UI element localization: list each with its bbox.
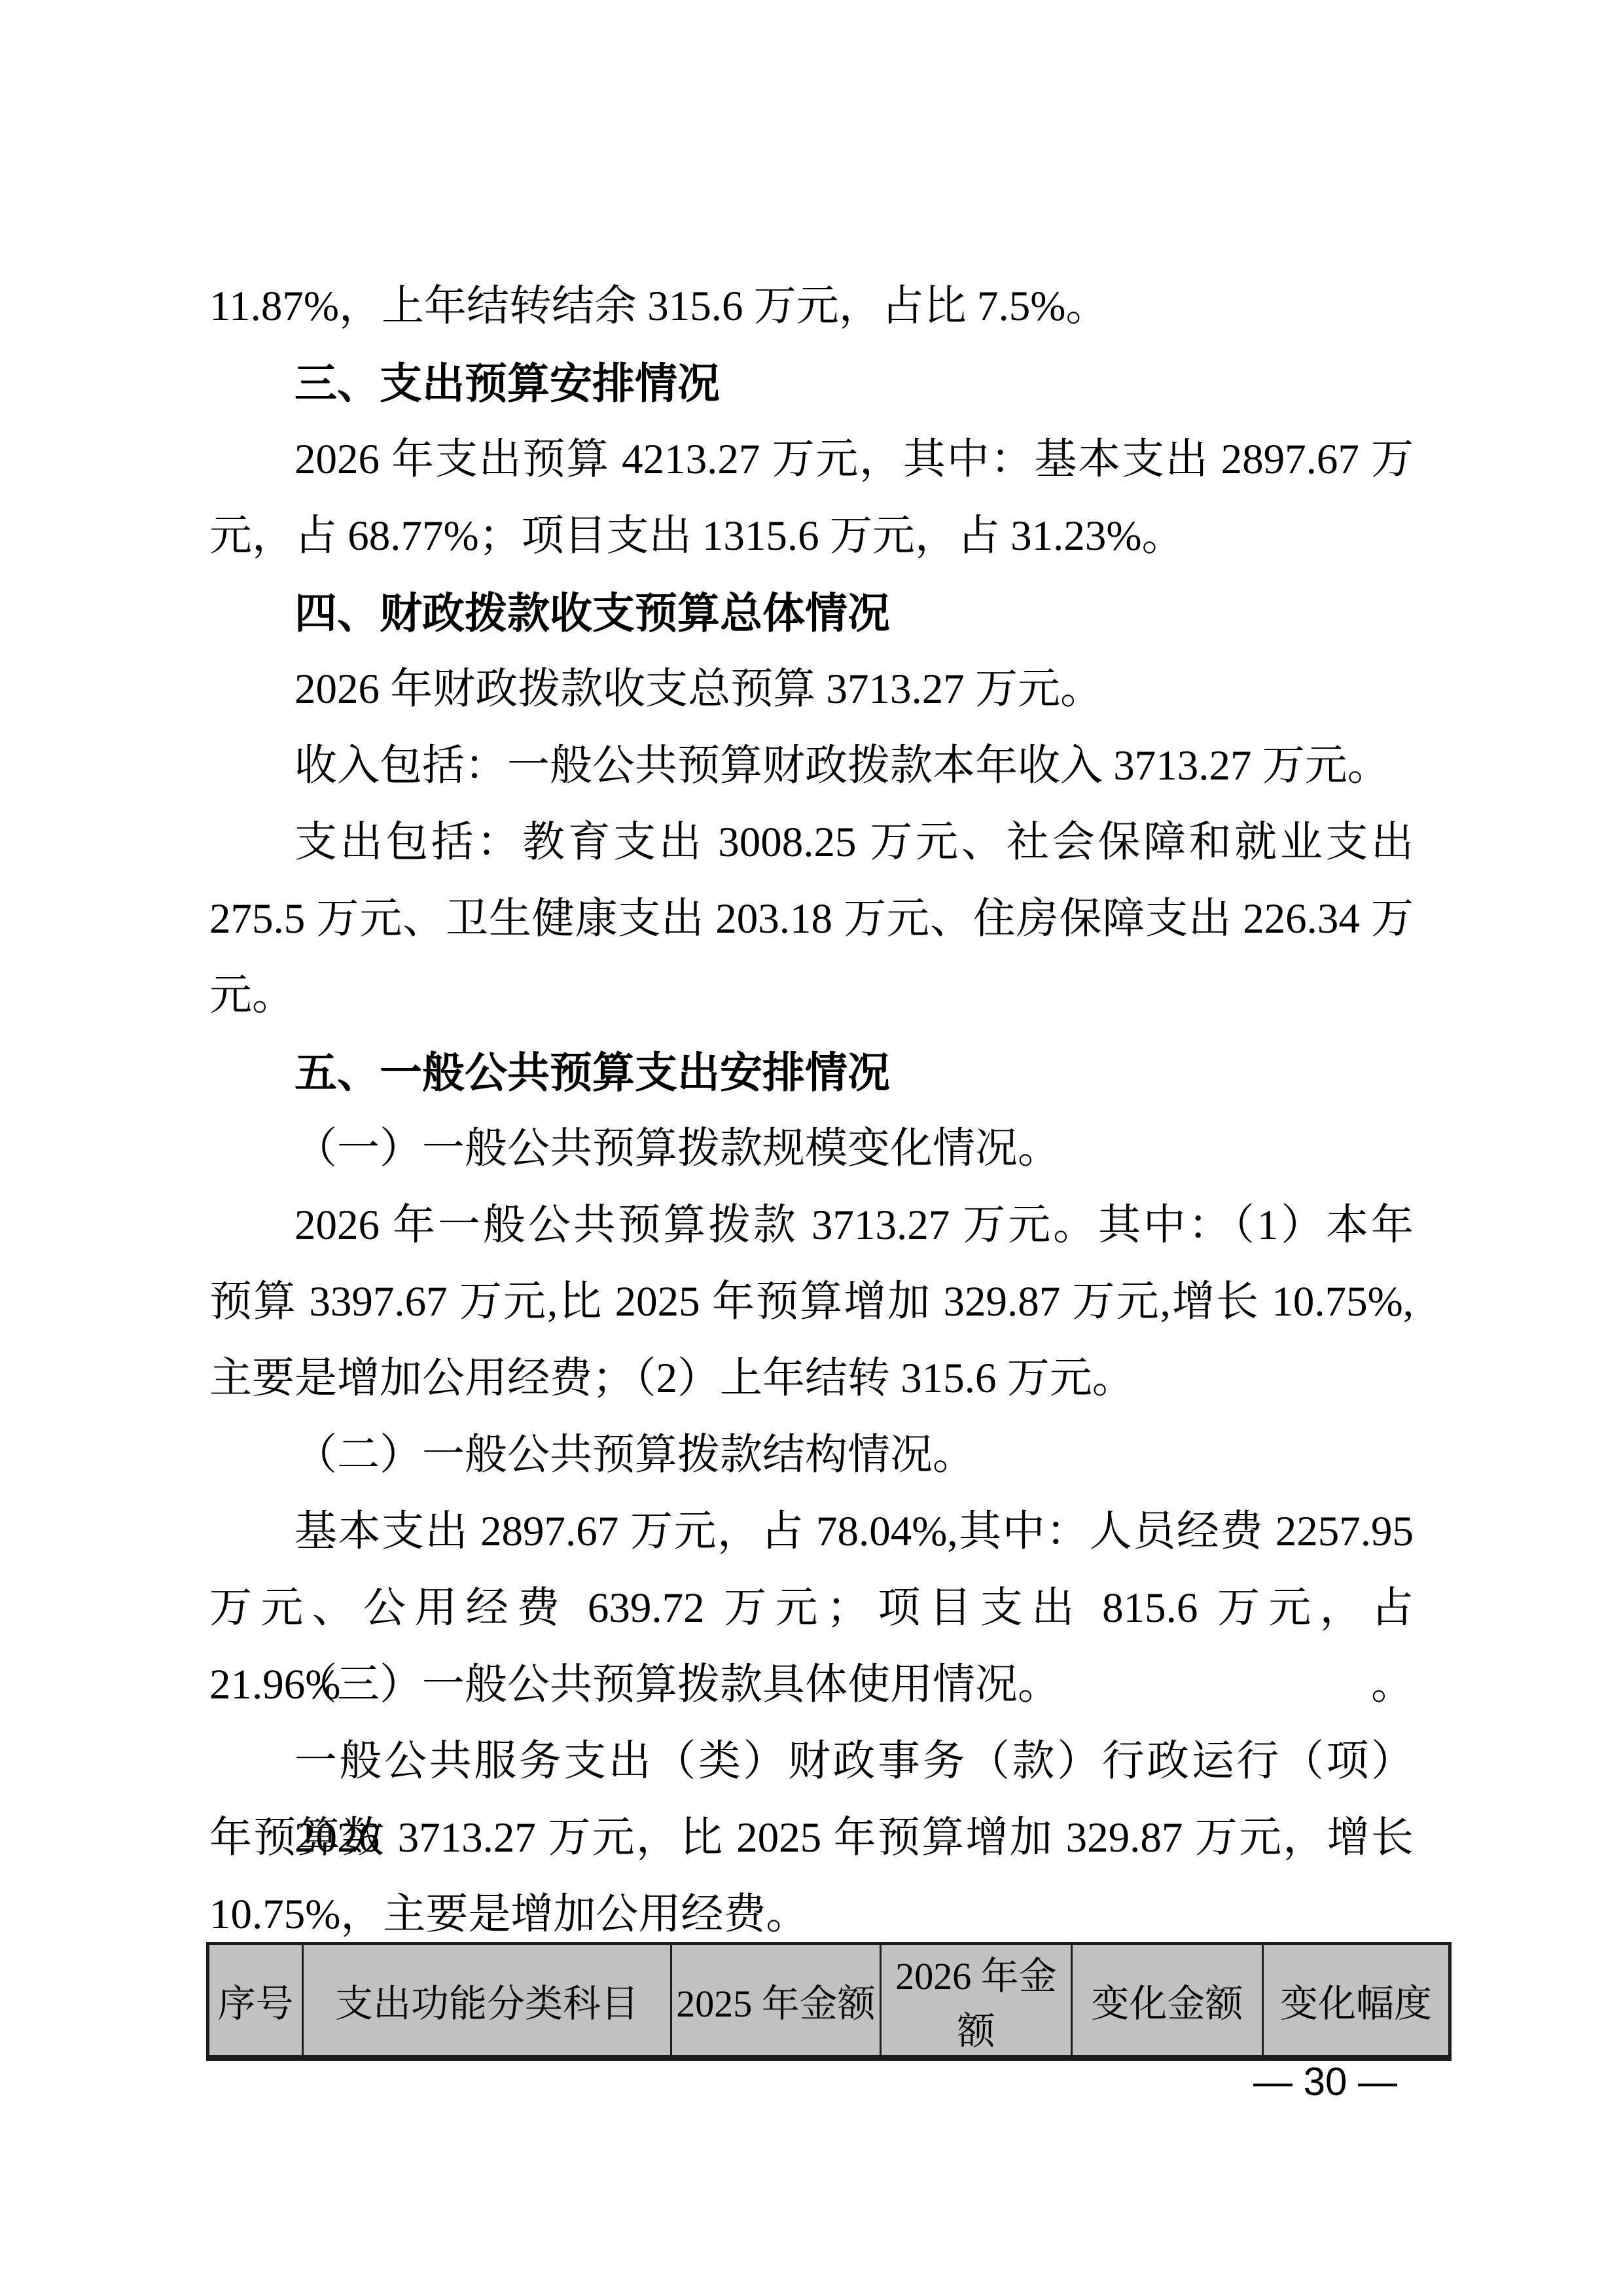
page-number: — 30 — [1194,2059,1456,2105]
text-line: 11.87%，上年结转结余 315.6 万元，占比 7.5%。 [209,268,1414,345]
text-line: 元。 [209,958,1414,1034]
section-heading: 五、一般公共预算支出安排情况 [209,1034,1414,1111]
text-line: 2026 年支出预算 4213.27 万元，其中：基本支出 2897.67 万 [209,422,1414,498]
text-line: 2026 年一般公共预算拨款 3713.27 万元。其中：（1）本年 [209,1187,1414,1264]
section-heading: 三、支出预算安排情况 [209,345,1414,422]
th-serial-number: 序号 [208,1944,303,2058]
subsection-heading: （一）一般公共预算拨款规模变化情况。 [209,1111,1414,1187]
th-2026-amount: 2026 年金额 [881,1944,1072,2058]
text-line: 主要是增加公用经费；（2）上年结转 315.6 万元。 [209,1340,1414,1417]
document-page: 11.87%，上年结转结余 315.6 万元，占比 7.5%。 三、支出预算安排… [0,0,1623,2296]
th-change-amount: 变化金额 [1072,1944,1263,2058]
text-line: 2026 年财政拨款收支总预算 3713.27 万元。 [209,651,1414,728]
th-function-category: 支出功能分类科目 [303,1944,671,2058]
th-2025-amount: 2025 年金额 [671,1944,881,2058]
table-header-row: 序号 支出功能分类科目 2025 年金额 2026 年金额 变化金额 变化幅度 [208,1944,1450,2058]
text-line: 元，占 68.77%；项目支出 1315.6 万元，占 31.23%。 [209,498,1414,575]
text-line: 支出包括：教育支出 3008.25 万元、社会保障和就业支出 [209,804,1414,881]
document-body: 11.87%，上年结转结余 315.6 万元，占比 7.5%。 三、支出预算安排… [209,268,1414,1953]
subsection-heading: （二）一般公共预算拨款结构情况。 [209,1417,1414,1494]
text-line: 一般公共服务支出（类）财政事务（款）行政运行（项）2026 [209,1723,1414,1800]
text-line: 275.5 万元、卫生健康支出 203.18 万元、住房保障支出 226.34 … [209,881,1414,958]
th-change-rate: 变化幅度 [1263,1944,1450,2058]
section-heading: 四、财政拨款收支预算总体情况 [209,575,1414,651]
text-line: 基本支出 2897.67 万元，占 78.04%,其中：人员经费 2257.95 [209,1494,1414,1570]
budget-change-table: 序号 支出功能分类科目 2025 年金额 2026 年金额 变化金额 变化幅度 [206,1942,1452,2061]
text-line: 收入包括：一般公共预算财政拨款本年收入 3713.27 万元。 [209,728,1414,804]
text-line: 万元、公用经费 639.72 万元；项目支出 815.6 万元，占 21.96%… [209,1570,1414,1647]
text-line: 年预算数 3713.27 万元，比 2025 年预算增加 329.87 万元，增… [209,1800,1414,1876]
text-line: 预算 3397.67 万元,比 2025 年预算增加 329.87 万元,增长 … [209,1264,1414,1340]
